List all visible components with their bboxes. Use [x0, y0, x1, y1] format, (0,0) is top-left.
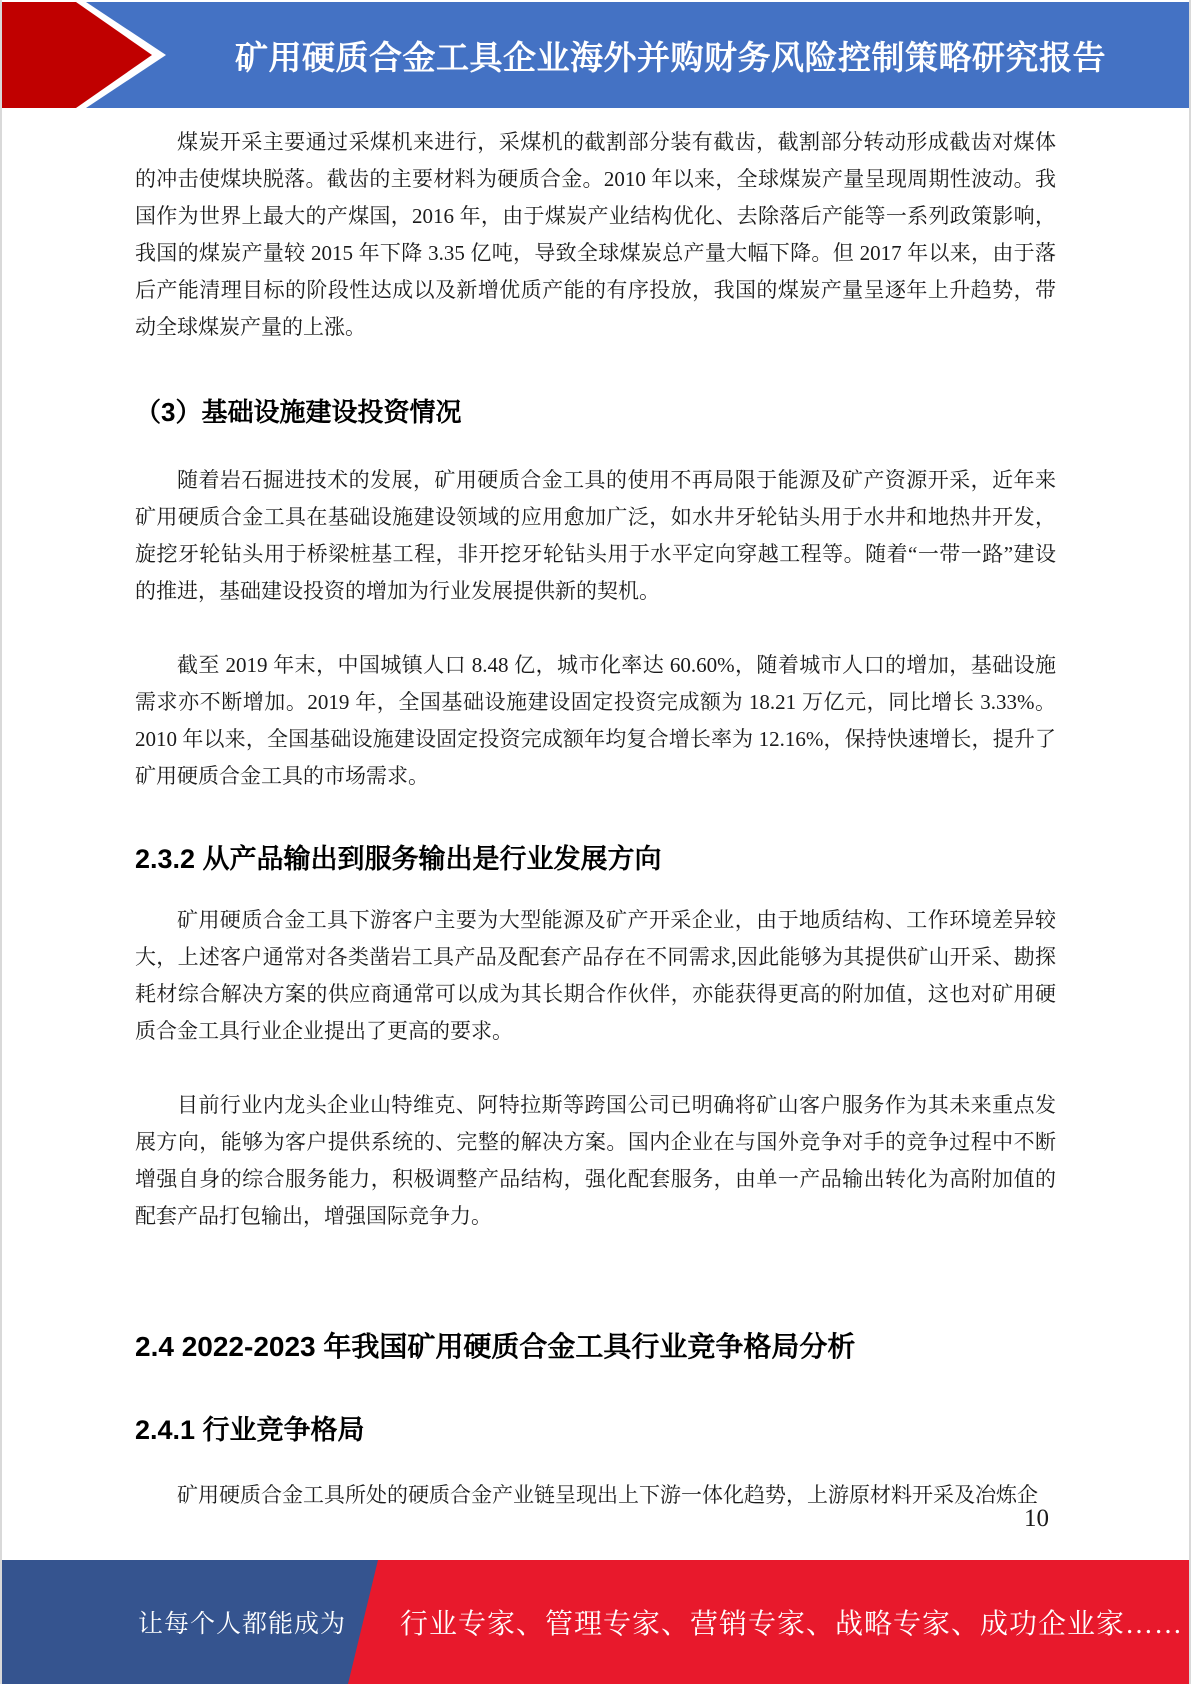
paragraph-industry-chain: 矿用硬质合金工具所处的硬质合金产业链呈现出上下游一体化趋势，上游原材料开采及冶炼…	[135, 1477, 1056, 1514]
report-title: 矿用硬质合金工具企业海外并购财务风险控制策略研究报告	[177, 2, 1164, 108]
heading-infrastructure-investment: （3）基础设施建设投资情况	[135, 394, 1056, 430]
heading-2-4-competitive-landscape: 2.4 2022-2023 年我国矿用硬质合金工具行业竞争格局分析	[135, 1328, 1056, 1366]
page-header: 矿用硬质合金工具企业海外并购财务风险控制策略研究报告	[2, 2, 1189, 108]
red-arrow-icon	[2, 2, 172, 108]
report-page: 矿用硬质合金工具企业海外并购财务风险控制策略研究报告 煤炭开采主要通过采煤机来进…	[0, 0, 1191, 1684]
footer-slogan-right: 行业专家、管理专家、营销专家、战略专家、成功企业家……	[400, 1560, 1183, 1684]
document-body: 煤炭开采主要通过采煤机来进行，采煤机的截割部分装有截齿，截割部分转动形成截齿对煤…	[135, 108, 1056, 1514]
page-number: 10	[1024, 1505, 1049, 1533]
paragraph-coal-mining: 煤炭开采主要通过采煤机来进行，采煤机的截割部分装有截齿，截割部分转动形成截齿对煤…	[135, 124, 1056, 346]
paragraph-rock-drilling-applications: 随着岩石掘进技术的发展，矿用硬质合金工具的使用不再局限于能源及矿产资源开采，近年…	[135, 462, 1056, 610]
heading-2-3-2-product-to-service: 2.3.2 从产品输出到服务输出是行业发展方向	[135, 841, 1056, 877]
page-footer: 让每个人都能成为 行业专家、管理专家、营销专家、战略专家、成功企业家……	[2, 1560, 1189, 1684]
paragraph-leading-companies: 目前行业内龙头企业山特维克、阿特拉斯等跨国公司已明确将矿山客户服务作为其未来重点…	[135, 1087, 1056, 1235]
paragraph-urbanization-investment: 截至 2019 年末，中国城镇人口 8.48 亿，城市化率达 60.60%，随着…	[135, 647, 1056, 795]
footer-slogan-left: 让每个人都能成为	[138, 1560, 346, 1684]
paragraph-downstream-customers: 矿用硬质合金工具下游客户主要为大型能源及矿产开采企业，由于地质结构、工作环境差异…	[135, 902, 1056, 1050]
heading-2-4-1-industry-competition: 2.4.1 行业竞争格局	[135, 1412, 1056, 1448]
